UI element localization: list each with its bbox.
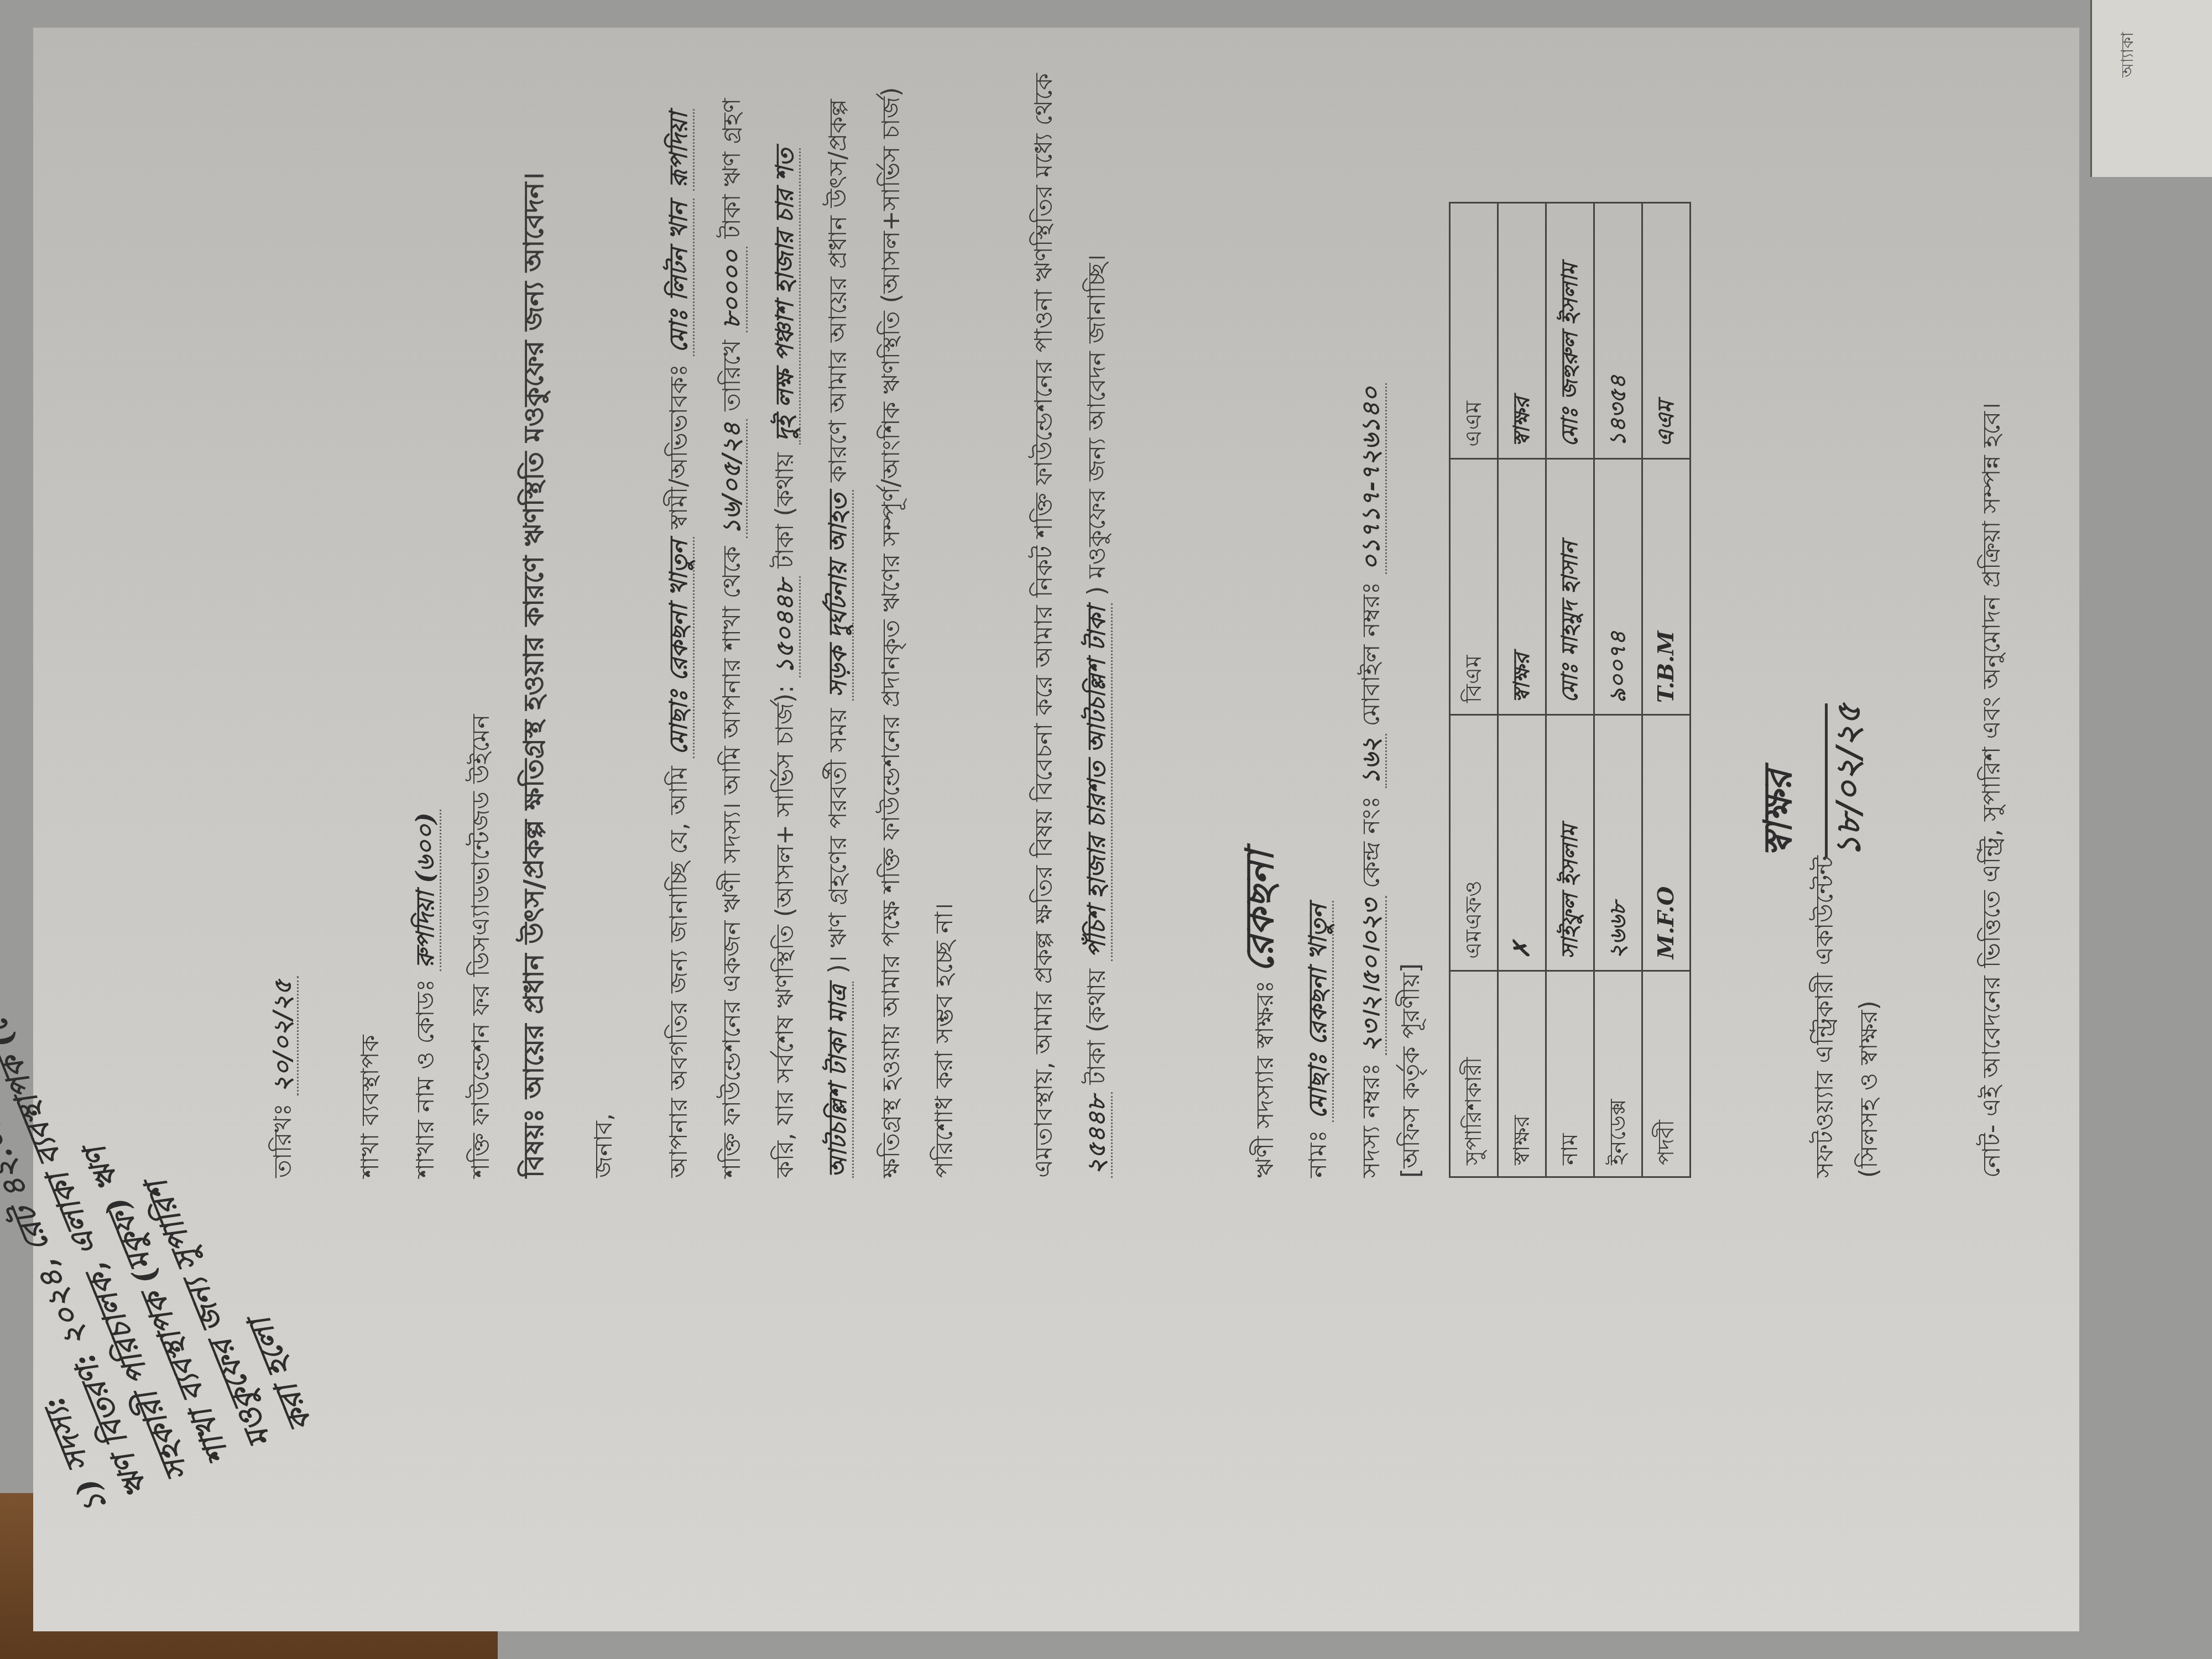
table-row: সুপারিশকারী এমএফও বিএম এএম <box>1450 203 1498 1177</box>
accountant-block: সফটওয়্যার এন্ট্রিকারী একাউন্টেন্ট (সিলস… <box>1803 855 1891 1178</box>
row-label: পদবী <box>1642 971 1691 1177</box>
application-form: ১) সদস্য: ঋণ বিতরণ: ২০২৪, রেট ৪২.০% সহকা… <box>33 28 2079 1631</box>
body-paragraph-2: এমতাবস্থায়, আমার প্রকল্প ক্ষতির বিষয় ব… <box>1018 72 1124 1178</box>
name-cell: মোঃ মাহমুদ হাসান <box>1546 459 1594 715</box>
name-cell: মোঃ জহুরুল ইসলাম <box>1546 203 1594 459</box>
body-text: তারিখে <box>718 340 746 411</box>
waiver-amount-value: ২৫৪৪৮ <box>1083 1092 1113 1178</box>
designation-cell: এএম <box>1642 203 1691 459</box>
mobile-label: মোবাইল নম্বরঃ <box>1357 582 1385 727</box>
body-paragraph-1: আপনার অবগতির জন্য জানাচ্ছি যে, আমি মোছাঃ… <box>653 72 971 1178</box>
footnote: নোট- এই আবেদনের ভিত্তিতে এন্ট্রি, সুপারি… <box>1980 403 2004 1178</box>
signature-cell: স্বাক্ষর <box>1498 203 1546 459</box>
body-text: ঋণ গ্রহণের পরবর্তী সময় <box>824 708 852 948</box>
designation-cell: M.F.O <box>1642 715 1691 971</box>
subject-line: বিষয়ঃ আয়ের প্রধান উৎস/প্রকল্প ক্ষতিগ্র… <box>520 173 547 1178</box>
salutation: জনাব, <box>592 1113 616 1178</box>
row-label: স্বাক্ষর <box>1498 971 1546 1177</box>
center-no-value: ১৬২ <box>1357 734 1387 788</box>
index-cell: ১৪৩৫৪ <box>1594 203 1642 459</box>
borrower-block: ঋণী সদস্যার স্বাক্ষরঃ রেকছনা নামঃ মোছাঃ … <box>1233 383 1398 1178</box>
body-text: ) মওকুফের জন্য আবেদন জানাচ্ছি। <box>1083 254 1111 596</box>
borrower-signature: রেকছনা <box>1237 851 1282 972</box>
name-cell: সাইফুল ইসলাম <box>1546 715 1594 971</box>
mobile-value: ০১৭১৭-৭২৬১৪০ <box>1357 383 1387 574</box>
branch-label: শাখার নাম ও কোডঃ <box>411 979 440 1178</box>
row-label: ইনডেক্স <box>1594 971 1642 1177</box>
table-row: নাম সাইফুল ইসলাম মোঃ মাহমুদ হাসান মোঃ জহ… <box>1546 203 1594 1177</box>
row-label: সুপারিশকারী <box>1450 971 1498 1177</box>
spouse-label: স্বামী/অভিভাবকঃ <box>665 364 693 529</box>
branch-value: রুপদিয়া (৬০০) <box>411 810 441 972</box>
row-label: নাম <box>1546 971 1594 1177</box>
document-photo: ১) সদস্য: ঋণ বিতরণ: ২০২৪, রেট ৪২.০% সহকা… <box>33 28 2079 1631</box>
organization-name: শক্তি ফাউন্ডেশন ফর ডিসএ্যাডভান্টেজড উইমে… <box>453 714 509 1178</box>
accountant-signature: স্বাক্ষর <box>1759 770 1797 857</box>
signature-cell: ✗ <box>1498 715 1546 971</box>
date-field: তারিখঃ ২০/০২/২৫ <box>271 976 295 1178</box>
index-cell: ৯০০৭৪ <box>1594 459 1642 715</box>
table-row: পদবী M.F.O T.B.M এএম <box>1642 203 1691 1177</box>
member-no-value: ২৩।২।৫০।০২৩ <box>1357 896 1387 1055</box>
member-name-value: মোছাঃ রেকছনা খাতুন <box>665 537 695 758</box>
branch-line: শাখার নাম ও কোডঃ রুপদিয়া (৬০০) <box>398 714 453 1178</box>
member-no-label: সদস্য নম্বরঃ <box>1357 1063 1385 1178</box>
column-header: বিএম <box>1450 459 1498 715</box>
waiver-words-value: পঁচিশ হাজার চারশত আটচল্লিশ টাকা <box>1083 603 1113 961</box>
loan-date-value: ১৬/০৫/২৪ <box>718 419 748 539</box>
index-cell: ২৬৬৮ <box>1594 715 1642 971</box>
spouse-name-value: মোঃ লিটন খান <box>665 199 695 356</box>
corner-fragment-text: আ্যাকা <box>2114 32 2142 77</box>
name-label: নামঃ <box>1304 1130 1332 1178</box>
accountant-sublabel: (সিলসহ ও স্বাক্ষর) <box>1847 855 1891 1178</box>
designation-cell: T.B.M <box>1642 459 1691 715</box>
adjacent-paper-corner: আ্যাকা <box>2090 0 2212 177</box>
date-label: তারিখঃ <box>269 1103 297 1178</box>
body-text: এমতাবস্থায়, আমার প্রকল্প ক্ষতির বিষয় ব… <box>1030 73 1058 1178</box>
body-text: শক্তি ফাউন্ডেশনের একজন ঋণী সদস্য। আমি আপ… <box>718 546 746 1178</box>
borrower-name-value: মোছাঃ রেকছনা খাতুন <box>1304 901 1334 1122</box>
addressee-block: শাখা ব্যবস্থাপক শাখার নাম ও কোডঃ রুপদিয়… <box>343 714 509 1178</box>
body-text: টাকা (কথায় <box>771 452 799 568</box>
column-header: এএম <box>1450 203 1498 459</box>
body-text: আপনার অবগতির জন্য জানাচ্ছি যে, আমি <box>665 766 693 1178</box>
accountant-label: সফটওয়্যার এন্ট্রিকারী একাউন্টেন্ট <box>1803 855 1847 1178</box>
samity-value: রূপদিয়া <box>665 109 695 191</box>
signature-label: ঋণী সদস্যার স্বাক্ষরঃ <box>1251 980 1279 1178</box>
outstanding-value: ১৫০৪৪৮ <box>771 576 801 677</box>
column-header: এমএফও <box>1450 715 1498 971</box>
body-text: টাকা (কথায় <box>1083 969 1111 1084</box>
date-value: ২০/০২/২৫ <box>269 976 299 1095</box>
office-section-title: [অফিস কর্তৃক পূরণীয়] <box>1399 963 1423 1178</box>
table-row: ইনডেক্স ২৬৬৮ ৯০০৭৪ ১৪৩৫৪ <box>1594 203 1642 1177</box>
office-recommendation-table: সুপারিশকারী এমএফও বিএম এএম স্বাক্ষর ✗ স্… <box>1449 202 1691 1178</box>
loan-amount-value: ৮০০০০ <box>718 247 748 332</box>
signature-cell: স্বাক্ষর <box>1498 459 1546 715</box>
table-row: স্বাক্ষর ✗ স্বাক্ষর স্বাক্ষর <box>1498 203 1546 1177</box>
accountant-date: ১৮/০২/২৫ <box>1825 703 1865 857</box>
addressee-title: শাখা ব্যবস্থাপক <box>343 714 398 1178</box>
cause-value: সড়ক দুর্ঘটনায় আহত <box>824 490 854 701</box>
center-no-label: কেন্দ্র নংঃ <box>1357 796 1385 888</box>
